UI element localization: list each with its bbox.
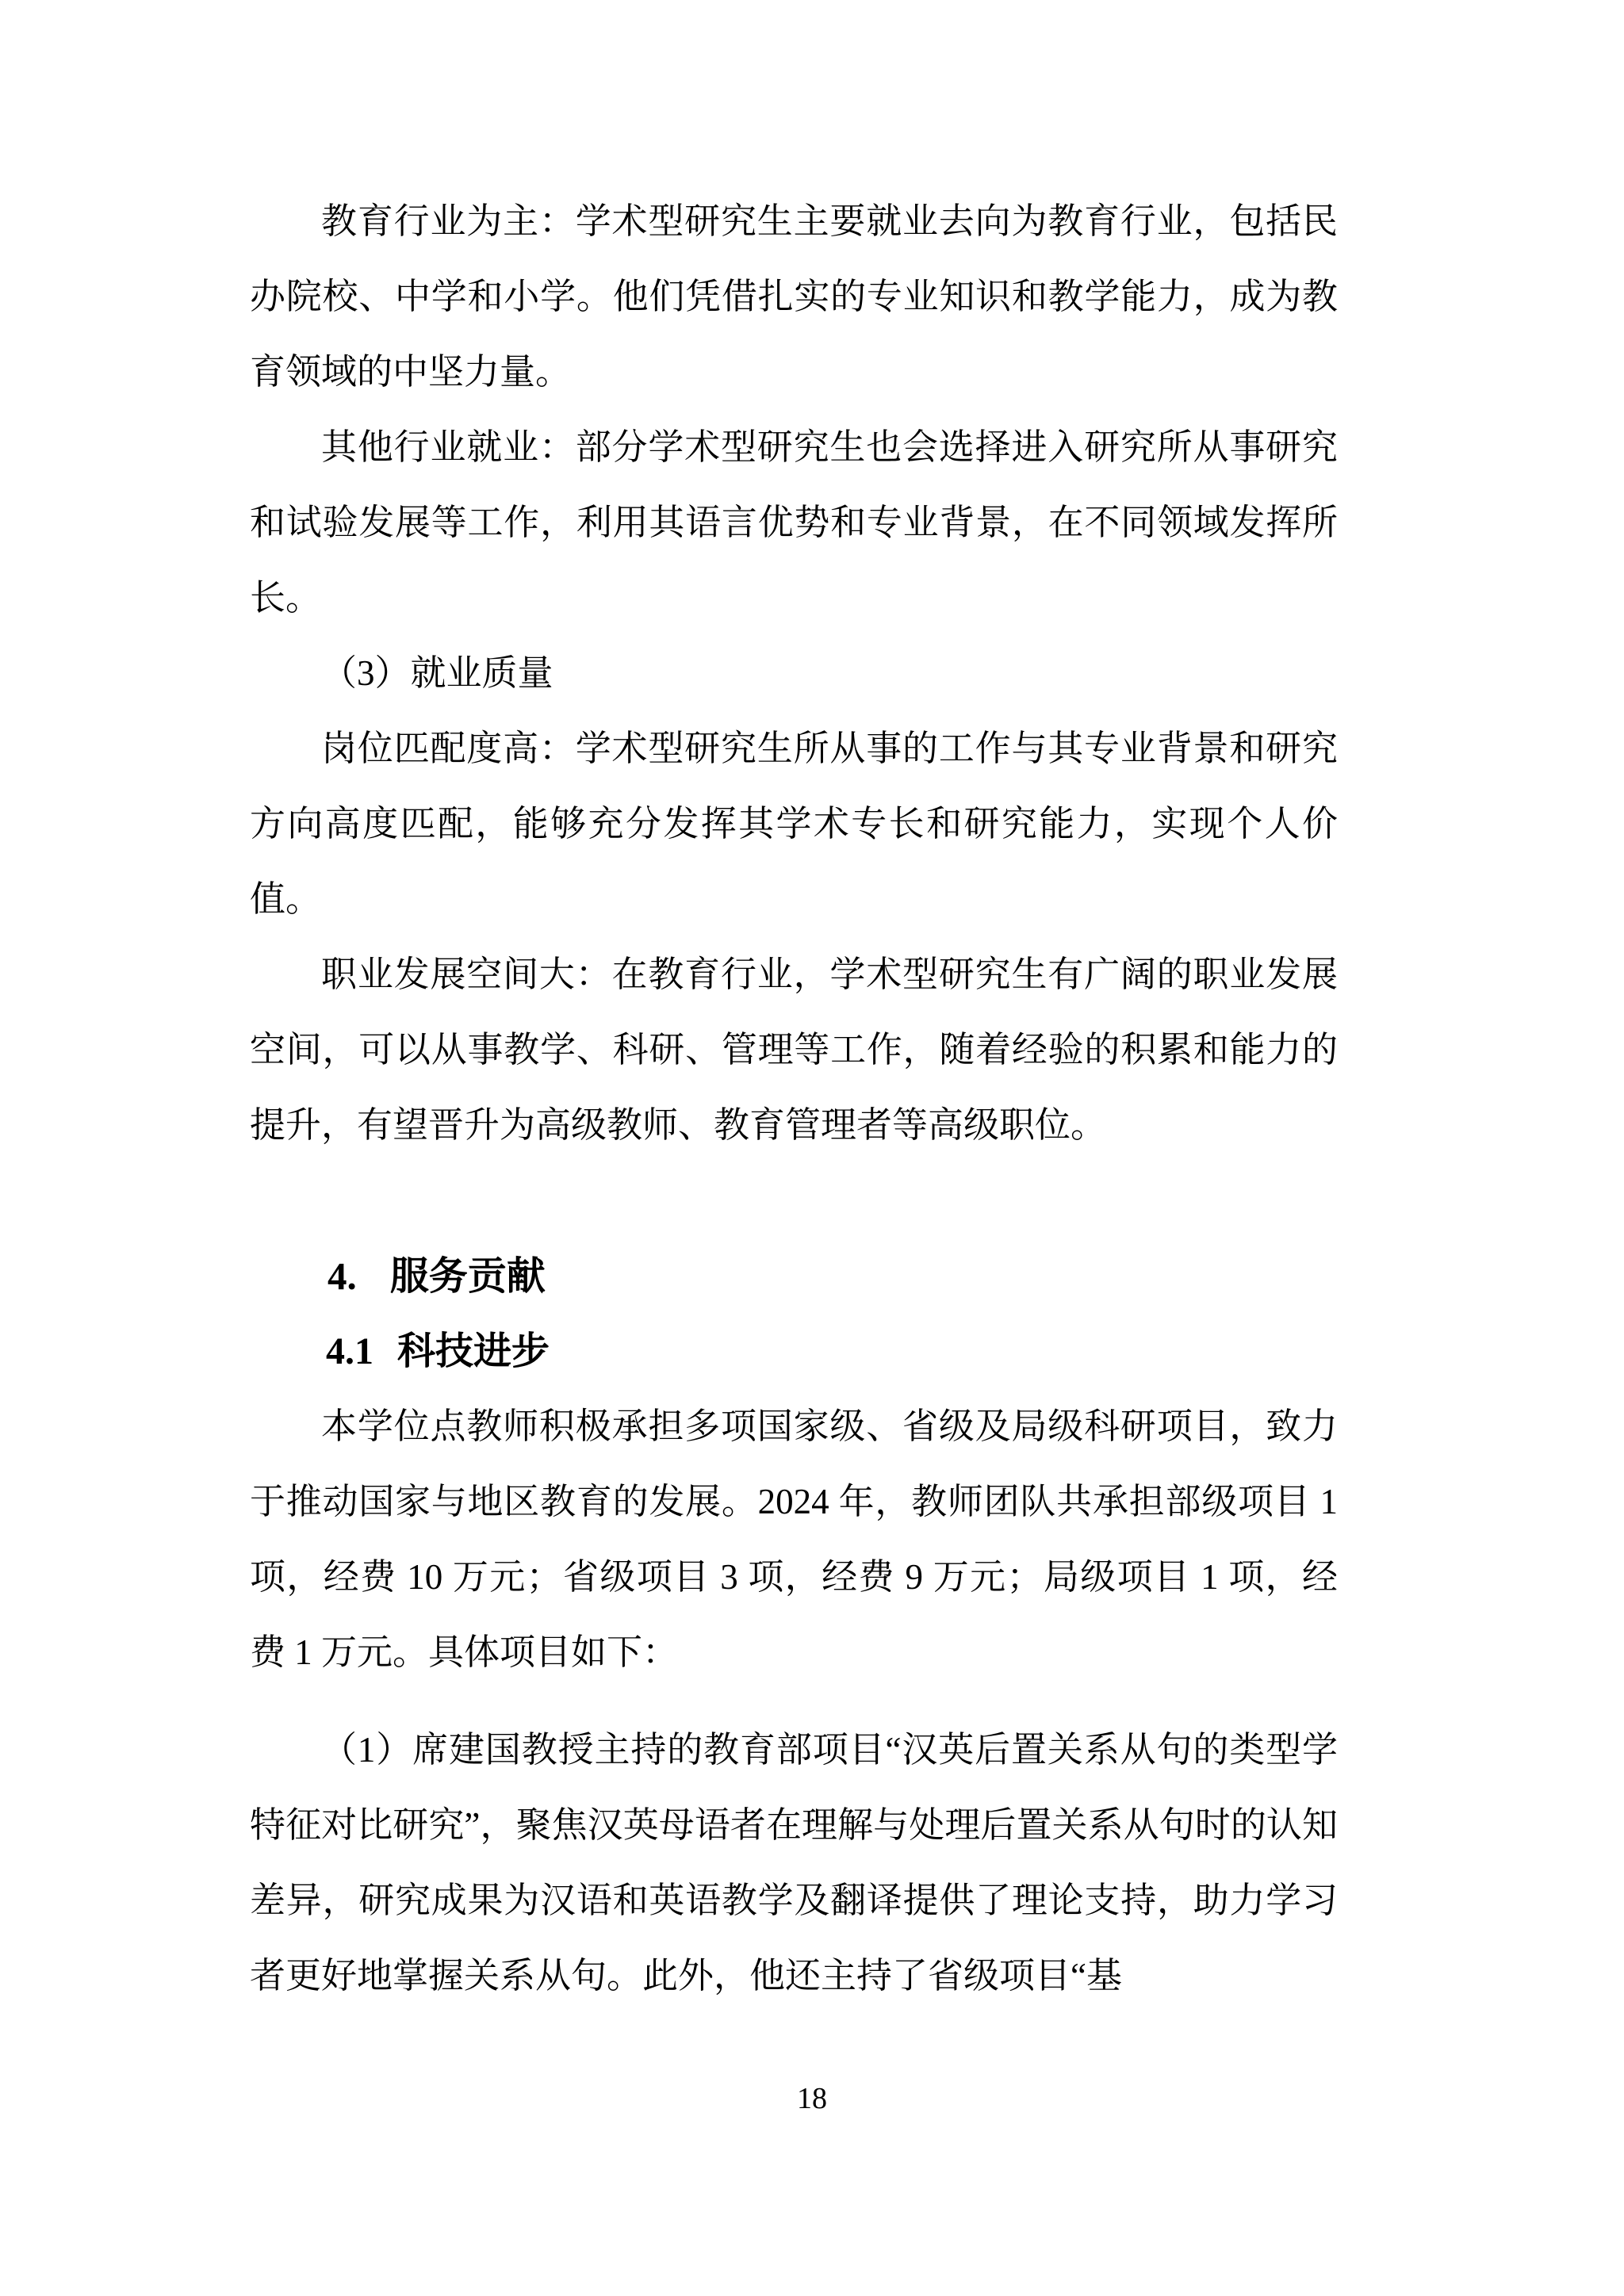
heading-text: 服务贡献 (390, 1254, 546, 1298)
body-paragraph: 本学位点教师积极承担多项国家级、省级及局级科研项目，致力于推动国家与地区教育的发… (250, 1389, 1338, 1690)
item-label-paragraph: （3）就业质量 (250, 636, 1338, 711)
page-number: 18 (0, 2079, 1624, 2118)
body-paragraph: 岗位匹配度高：学术型研究生所从事的工作与其专业背景和研究方向高度匹配，能够充分发… (250, 711, 1338, 937)
body-paragraph: 教育行业为主：学术型研究生主要就业去向为教育行业，包括民办院校、中学和小学。他们… (250, 184, 1338, 410)
subsection-heading: 4.1科技进步 (250, 1314, 1338, 1389)
document-page: 教育行业为主：学术型研究生主要就业去向为教育行业，包括民办院校、中学和小学。他们… (0, 0, 1624, 2296)
page-content: 教育行业为主：学术型研究生主要就业去向为教育行业，包括民办院校、中学和小学。他们… (250, 184, 1338, 2014)
heading-number: 4.1 (326, 1330, 373, 1372)
body-paragraph: （1）席建国教授主持的教育部项目“汉英后置关系从句的类型学特征对比研究”，聚焦汉… (250, 1712, 1338, 2014)
heading-text: 科技进步 (397, 1330, 550, 1372)
section-heading: 4.服务贡献 (250, 1238, 1338, 1314)
heading-number: 4. (327, 1254, 357, 1298)
body-paragraph: 职业发展空间大：在教育行业，学术型研究生有广阔的职业发展空间，可以从事教学、科研… (250, 937, 1338, 1163)
body-paragraph: 其他行业就业：部分学术型研究生也会选择进入研究所从事研究和试验发展等工作，利用其… (250, 410, 1338, 636)
